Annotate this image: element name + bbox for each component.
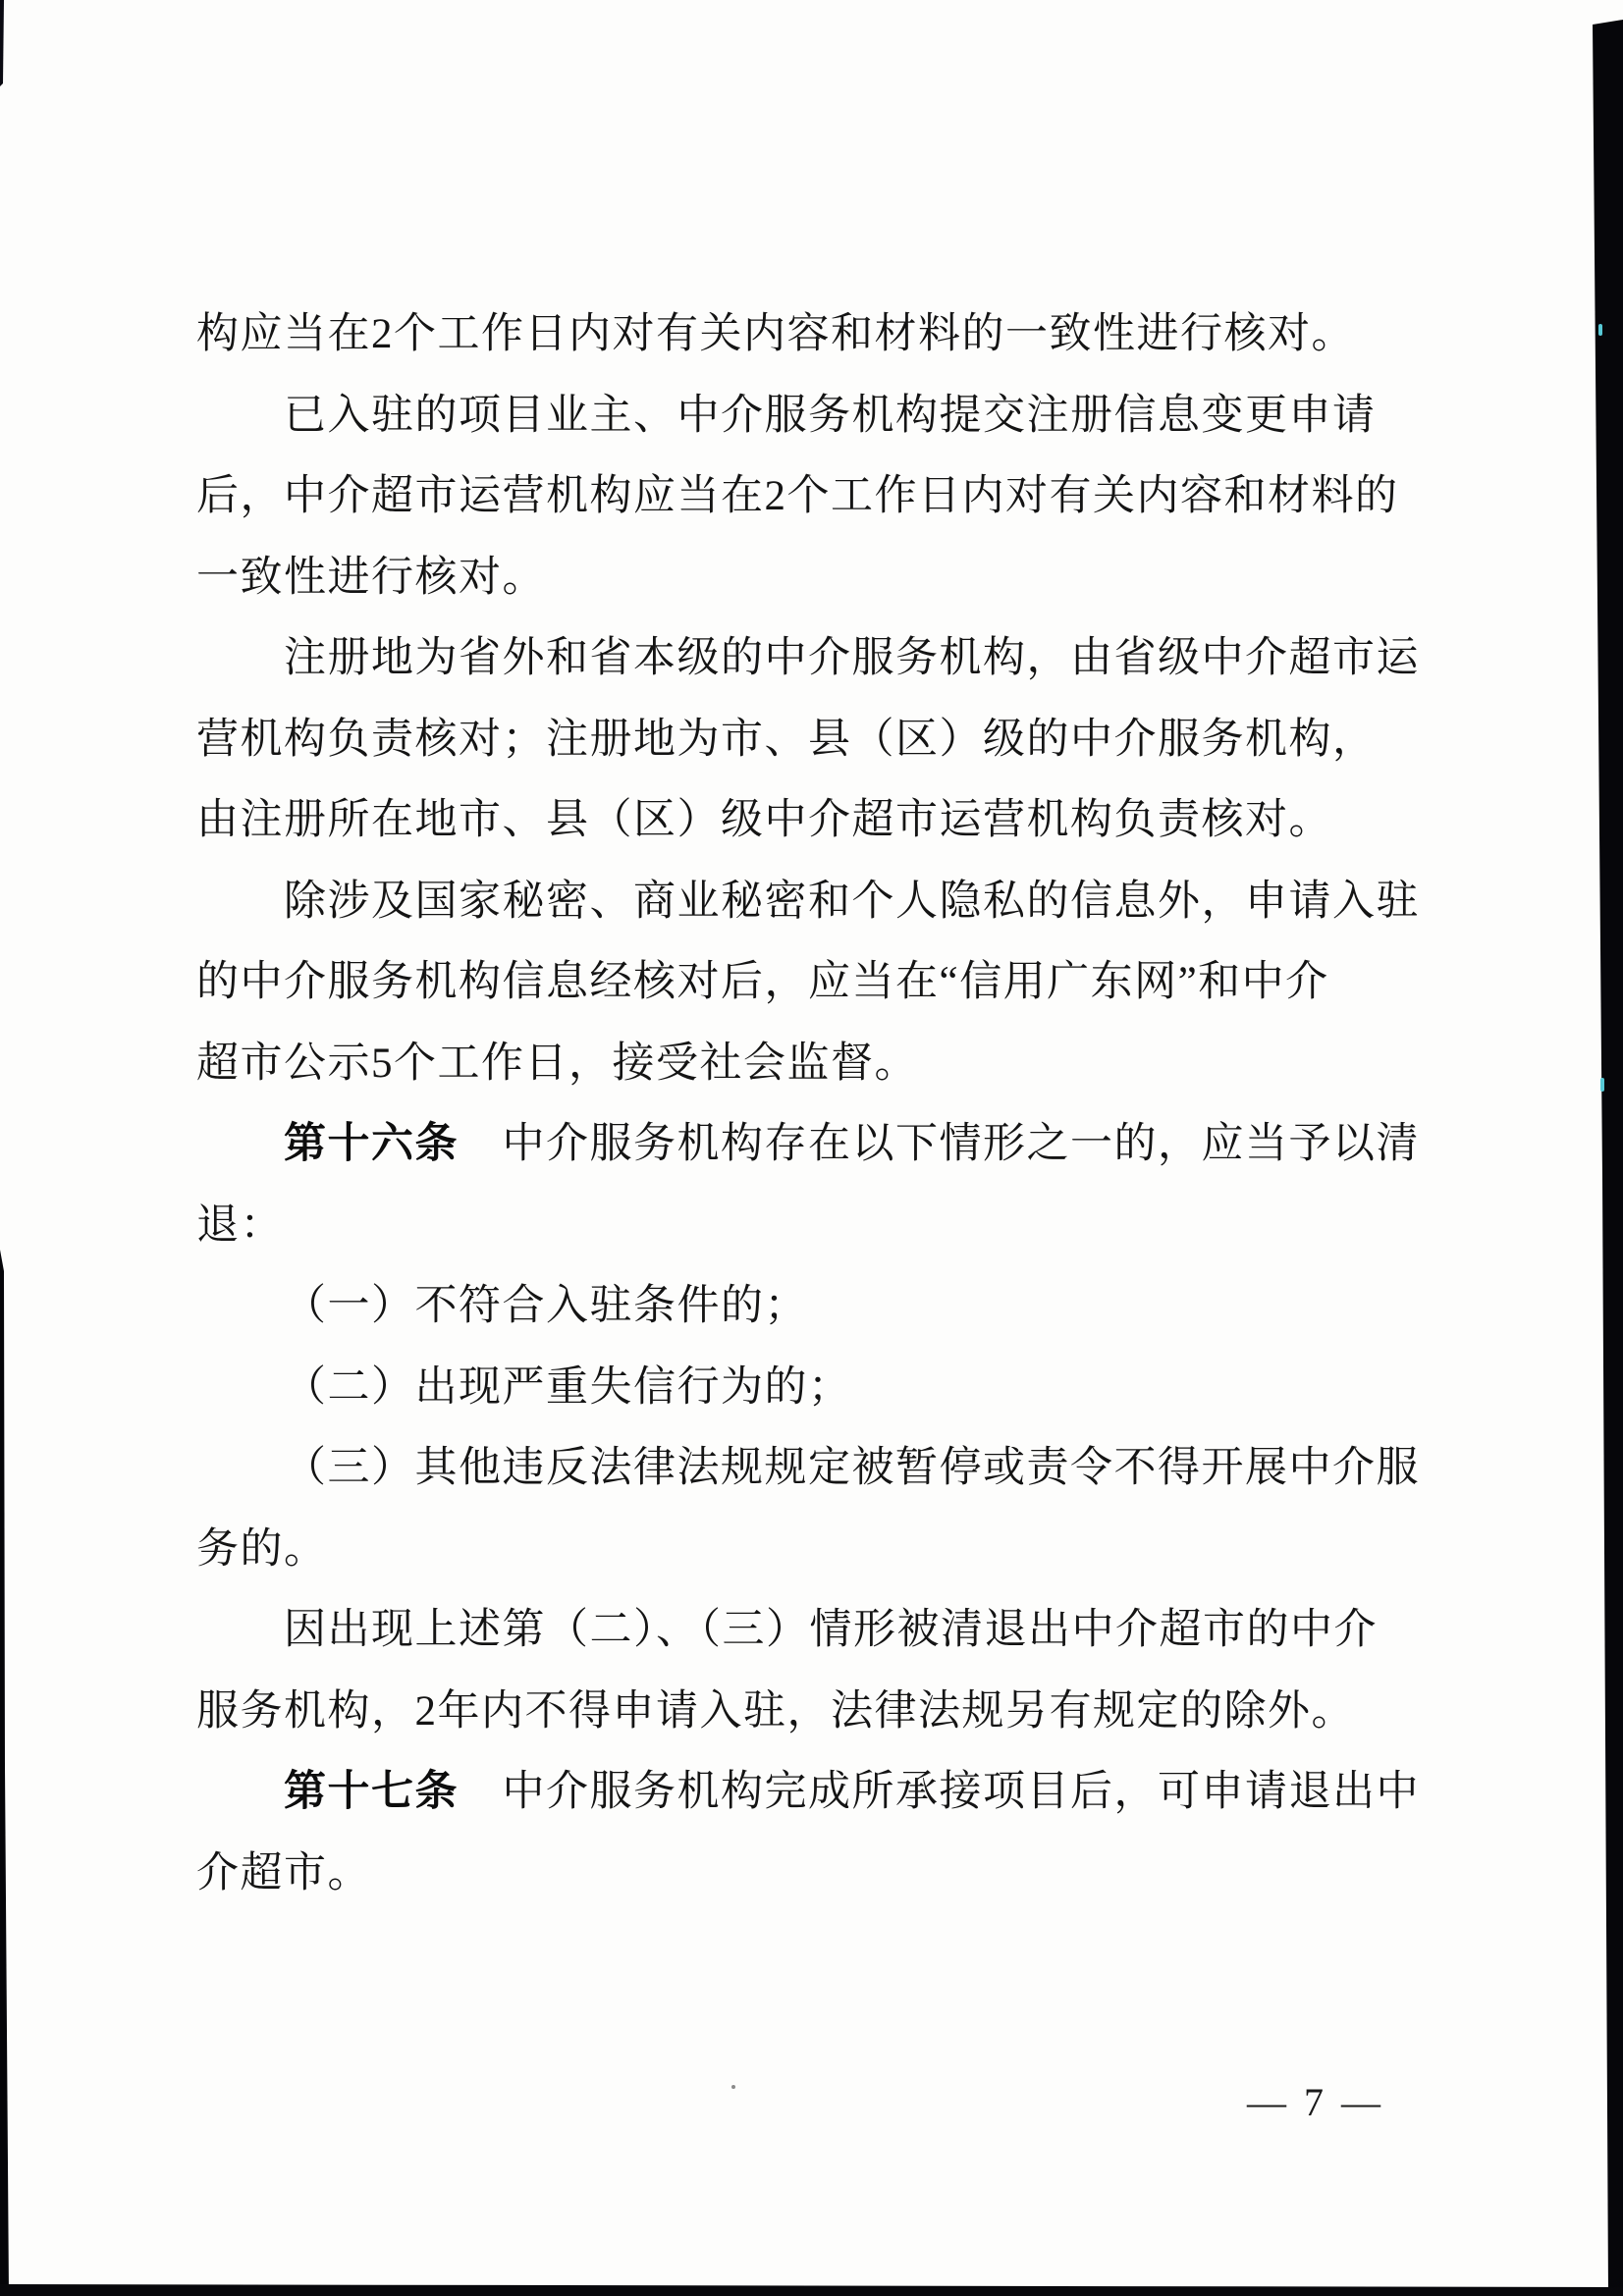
text-line: 已入驻的项目业主、中介服务机构提交注册信息变更申请 [196,376,1384,457]
text-line: 一致性进行核对。 [196,538,1384,619]
text-line: （一）不符合入驻条件的； [196,1266,1384,1348]
text-line: 务的。 [196,1510,1384,1591]
article-number-bold: 第十七条 [284,1769,459,1815]
text-line: 退： [196,1186,1384,1267]
text-line: 第十七条 中介服务机构完成所承接项目后，可申请退出中 [196,1752,1384,1834]
text-line: 由注册所在地市、县（区）级中介超市运营机构负责核对。 [196,780,1384,862]
text-line: 构应当在2个工作日内对有关内容和材料的一致性进行核对。 [196,294,1384,376]
text-line: 因出现上述第（二）、（三）情形被清退出中介超市的中介 [196,1590,1384,1672]
text-line: 介超市。 [196,1834,1384,1915]
text-line: 服务机构，2年内不得申请入驻，法律法规另有规定的除外。 [196,1672,1384,1753]
scan-noise-speck [731,2085,735,2089]
text-line: 注册地为省外和省本级的中介服务机构，由省级中介超市运 [196,618,1384,700]
scan-noise-speck [1598,324,1602,336]
text-line: 超市公示5个工作日，接受社会监督。 [196,1024,1384,1105]
text-line: （三）其他违反法律法规规定被暂停或责令不得开展中介服 [196,1428,1384,1510]
text-line-rest: 中介服务机构完成所承接项目后，可申请退出中 [459,1769,1420,1815]
text-line: 的中介服务机构信息经核对后，应当在“信用广东网”和中介 [196,942,1384,1024]
text-line: 第十六条 中介服务机构存在以下情形之一的，应当予以清 [196,1104,1384,1186]
text-line: 后，中介超市运营机构应当在2个工作日内对有关内容和材料的 [196,456,1384,538]
article-number-bold: 第十六条 [284,1121,459,1167]
text-line-rest: 中介服务机构存在以下情形之一的，应当予以清 [459,1121,1420,1167]
page-number: — 7 — [1217,2073,1384,2132]
text-line: 营机构负责核对；注册地为市、县（区）级的中介服务机构， [196,700,1384,781]
page-background: 构应当在2个工作日内对有关内容和材料的一致性进行核对。已入驻的项目业主、中介服务… [0,0,1623,2296]
scan-noise-speck [1600,1078,1604,1092]
document-body-text: 构应当在2个工作日内对有关内容和材料的一致性进行核对。已入驻的项目业主、中介服务… [196,294,1384,1914]
scanned-page: { "page": { "kind": "scanned government … [0,0,1623,2296]
text-line: （二）出现严重失信行为的； [196,1348,1384,1429]
text-line: 除涉及国家秘密、商业秘密和个人隐私的信息外，申请入驻 [196,862,1384,943]
